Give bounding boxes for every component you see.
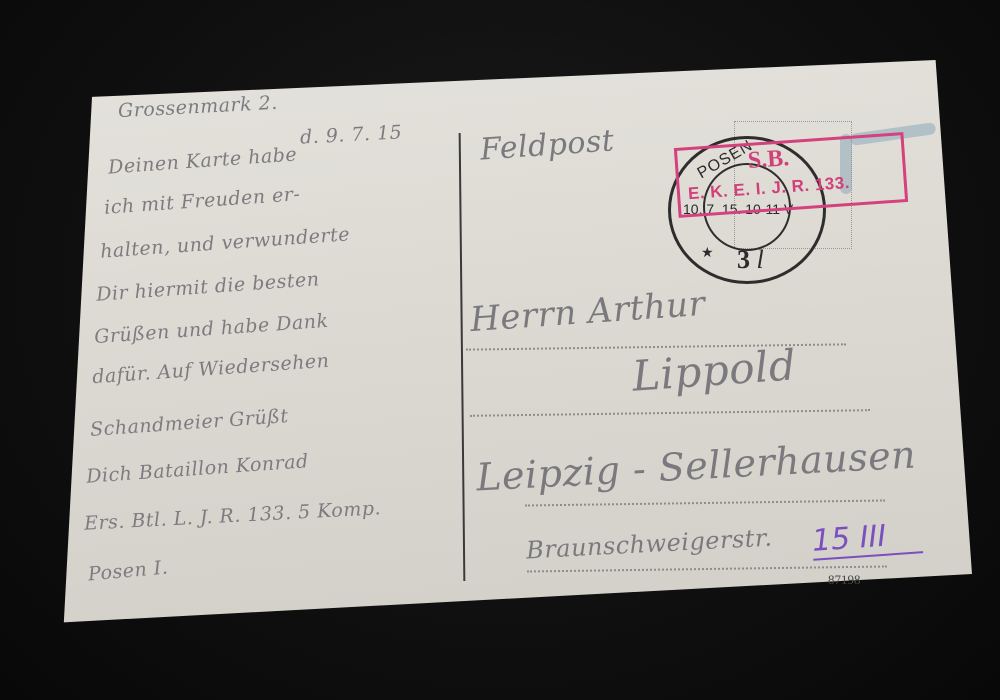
star-icon: ★ [701,245,714,262]
house-number-annotation: 15 III [811,516,924,561]
office-number: 3 [737,245,750,274]
censor-stamp-top: S.B. [747,145,790,175]
censor-stamp-unit: E. K. E. I. J. R. 133. [687,173,850,204]
postmark-office: 3 l [737,245,764,275]
office-letter: l [757,245,764,274]
printer-number: 87198 [828,572,861,588]
